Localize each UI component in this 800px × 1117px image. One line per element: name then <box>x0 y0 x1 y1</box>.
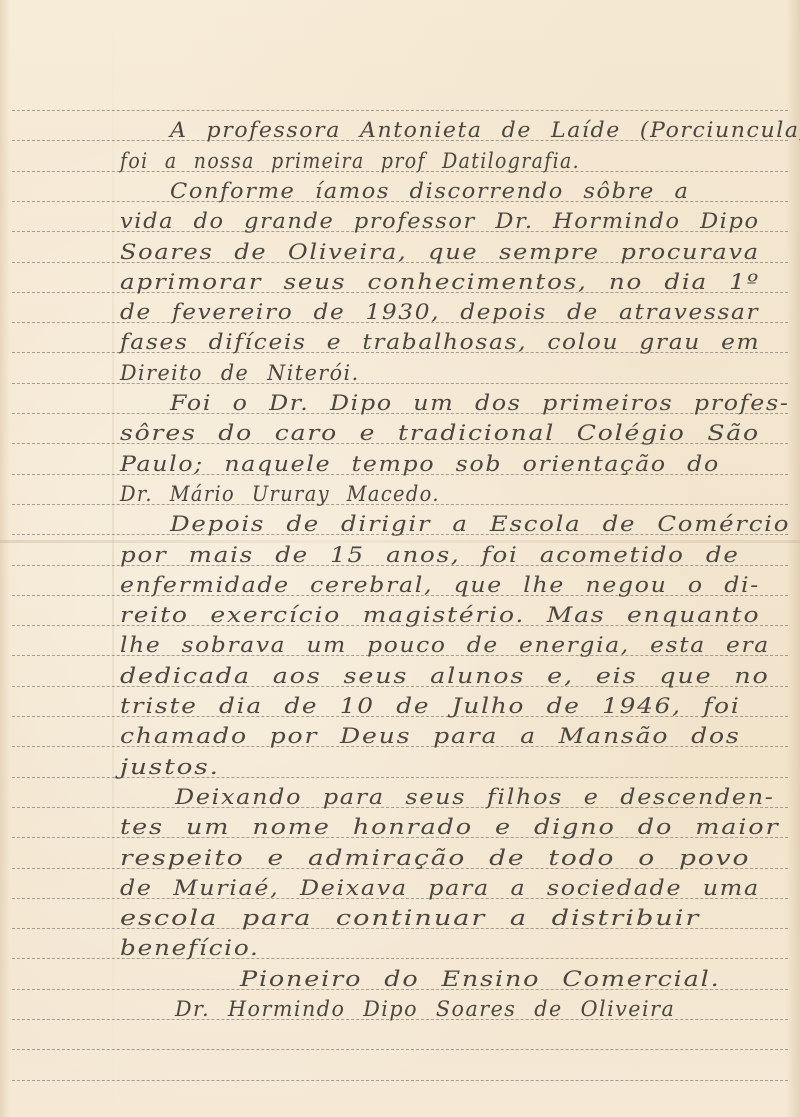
text-line: lhe sobrava um pouco de energia, esta er… <box>120 635 770 656</box>
ruled-line <box>12 1049 788 1050</box>
text-line: Pioneiro do Ensino Comercial. <box>240 969 721 990</box>
text-line: tes um nome honrado e digno do maior <box>120 817 779 838</box>
paper-edge-right <box>786 0 800 1117</box>
letter-page: A professora Antonieta de Laíde (Porciun… <box>0 0 800 1117</box>
text-line: por mais de 15 anos, foi acometido de <box>120 545 740 566</box>
text-line: Soares de Oliveira, que sempre procurava <box>120 242 760 263</box>
text-line: A professora Antonieta de Laíde (Porciun… <box>170 120 800 141</box>
text-line: enfermidade cerebral, que lhe negou o di… <box>120 575 760 596</box>
text-line: Direito de Niterói. <box>120 363 360 384</box>
paper-crease-vertical <box>112 0 114 1117</box>
text-line: justos. <box>120 757 220 778</box>
ruled-line <box>12 1080 788 1081</box>
text-line: foi a nossa primeira prof Datilografia. <box>120 151 580 172</box>
text-line: benefício. <box>120 938 260 959</box>
text-line: vida do grande professor Dr. Hormindo Di… <box>120 211 760 232</box>
text-line: Dr. Mário Ururay Macedo. <box>120 484 440 505</box>
text-line: Dr. Hormindo Dipo Soares de Oliveira <box>175 999 675 1020</box>
text-line: dedicada aos seus alunos e, eis que no <box>120 666 770 687</box>
paper-edge-left <box>0 0 10 1117</box>
text-line: Depois de dirigir a Escola de Comércio <box>170 514 790 535</box>
ruled-line <box>12 110 788 111</box>
text-line: Paulo; naquele tempo sob orientação do <box>120 454 720 475</box>
text-line: triste dia de 10 de Julho de 1946, foi <box>120 696 741 717</box>
text-line: aprimorar seus conhecimentos, no dia 1º <box>120 272 760 293</box>
text-line: escola para continuar a distribuir <box>120 908 700 929</box>
text-line: Conforme íamos discorrendo sôbre a <box>170 181 690 202</box>
text-line: reito exercício magistério. Mas enquanto <box>120 605 760 626</box>
text-line: fases difíceis e trabalhosas, colou grau… <box>120 332 760 353</box>
text-line: de Muriaé, Deixava para a sociedade uma <box>120 878 760 899</box>
text-line: respeito e admiração de todo o povo <box>120 848 750 869</box>
text-line: Deixando para seus filhos e descenden- <box>175 787 775 808</box>
text-line: de fevereiro de 1930, depois de atravess… <box>120 302 759 323</box>
text-line: Foi o Dr. Dipo um dos primeiros profes- <box>170 393 790 414</box>
text-line: chamado por Deus para a Mansão dos <box>120 726 741 747</box>
text-line: sôres do caro e tradicional Colégio São <box>120 423 760 444</box>
